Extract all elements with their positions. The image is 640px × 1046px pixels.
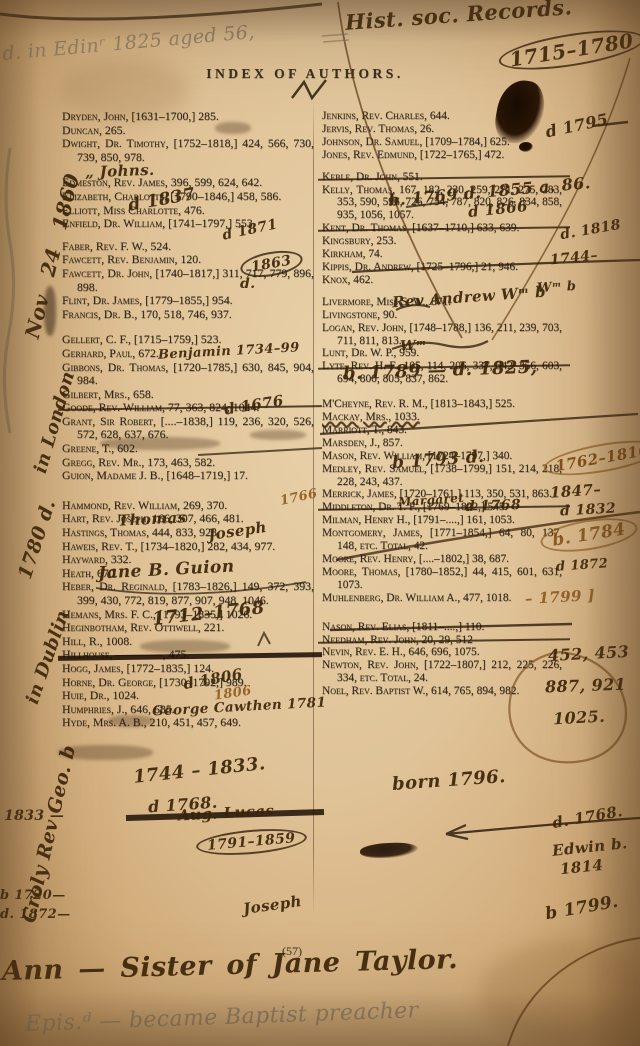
index-entry: Hill, R., 1008. [62,635,314,649]
index-entry: Marriott, T., 843. [322,424,562,437]
index-entry: Logan, Rev. John, [1748–1788,] 136, 211,… [322,322,562,348]
annotation-887-921: 887, 921 [545,675,627,697]
annotation-d1872: d 1872 [556,556,609,575]
index-entry: Francis, Dr. B., 170, 518, 746, 937. [62,308,314,322]
annotation-margin-1780-d: 1780 d. [14,497,60,582]
annotation-ann-sister: Ann — Sister of Jane Taylor. [2,944,459,987]
index-entry: Guion, Madame J. B., [1648–1719,] 17. [62,469,314,483]
index-entry: Jervis, Rev. Thomas, 26. [322,123,562,136]
index-entry: Greene, T., 602. [62,442,314,456]
annotation-d1768-mackay: d 1768 [465,497,522,515]
index-entry: Nason, Rev. Elias, [1811–....,] 110. [322,621,562,634]
annotation-1814: 1814 [559,856,604,878]
index-entry: Mackay, Mrs., 1033. [322,411,562,424]
annotation-thomas-greene: Thomas [118,508,187,530]
index-entry: Elliott, Miss Charlotte, 476. [62,204,314,218]
index-entry: Gregg, Rev. Mr., 173, 463, 582. [62,456,314,470]
index-entry: Duncan, 265. [62,124,314,138]
paper-stain [480,940,640,1046]
index-entry: Marsden, J., 857. [322,437,562,450]
index-entry: Moore, Rev. Henry, [....–1802,] 38, 687. [322,553,562,566]
annotation-born-1796: born 1796. [391,766,506,795]
annotation-joseph-humphries: Joseph [242,892,303,918]
index-entry: Moore, Thomas, [1780–1852,] 44, 415, 601… [322,566,562,592]
annotation-1025: 1025. [553,707,606,729]
ink-blot [360,841,419,859]
annotation-edin-death: d. in Edinʳ 1825 aged 56, [2,21,256,65]
index-entry: Johnson, Dr. Samuel, [1709–1784,] 625. [322,136,562,149]
index-entry: Kent, Dr. Thomas, [1637–1710,] 633, 639. [322,222,562,235]
index-entry: Grant, Sir Robert, [....–1838,] 119, 236… [62,415,314,442]
index-entry: Milman, Henry H., [1791–....,] 161, 1053… [322,514,562,527]
annotation-hemans-dates: 1744 – 1833. [132,753,266,788]
index-entry: Noel, Rev. Baptist W., 614, 765, 894, 98… [322,685,562,698]
index-entry: Dryden, John, [1631–1700,] 285. [62,110,314,124]
index-entry: Nevin, Rev. E. H., 646, 696, 1075. [322,646,562,659]
annotation-oval-1791-1859: 1791–1859 [195,825,307,859]
index-entry: Kirkham, 74. [322,248,562,261]
annotation-d1832: d 1832 [560,501,617,520]
index-entry: Haweis, Rev. T., [1734–1820,] 282, 434, … [62,540,314,554]
annotation-faber-d: d. [240,276,255,292]
annotation-johns: „ Johns. [85,161,155,181]
index-entry: Flint, Dr. James, [1779–1855,] 954. [62,294,314,308]
index-entry: Dwight, Dr. Timothy, [1752–1818,] 424, 5… [62,137,314,164]
annotation-d1768-nason: d. 1768. [551,802,624,832]
annotation-1744: 1744– [549,248,598,269]
annotation-epis-baptist: Epis.ᵈ — became Baptist preacher [25,998,419,1037]
index-entry: Livingstone, 90. [322,309,562,322]
annotation-1799: – 1799 ] [525,586,596,608]
annotation-b1720: b 1720— [0,888,66,903]
index-entry: Newton, Rev. John, [1722–1807,] 212, 225… [322,659,562,685]
index-entry: Hillhouse, ————, 475. [62,648,314,662]
index-entry: Jenkins, Rev. Charles, 644. [322,110,562,123]
index-entry: Gibbons, Dr. Thomas, [1720–1785,] 630, 8… [62,361,314,388]
index-entry: Hastings, Thomas, 444, 833, 923, [62,526,314,540]
annotation-d1818: d. 1818 [559,217,622,243]
index-entry: Kippis, Dr. Andrew, [1725–1796,] 21, 946… [322,261,562,274]
annotation-d1872-margin: d. 1872— [0,907,71,922]
annotation-452-453: 452, 453 [548,642,630,665]
index-entry: Hyde, Mrs. A. B., 210, 451, 457, 649. [62,716,314,730]
annotation-wm-knox: Wᵐ [400,338,427,355]
annotation-hist-soc: Hist. soc. Records. [344,0,572,35]
index-entry: M'Cheyne, Rev. R. M., [1813–1843,] 525. [322,398,562,411]
index-entry: Needham, Rev. John, 20, 29, 512 [322,634,562,647]
index-entry: Jones, Rev. Edmund, [1722–1765,] 472. [322,149,562,162]
scanned-book-page: INDEX OF AUTHORS. Dryden, John, [1631–17… [0,0,640,1046]
index-entry: Hammond, Rev. William, 269, 370. [62,499,314,513]
index-entry: Heber, Dr. Reginald, [1783–1826,] 149, 3… [62,580,314,607]
annotation-aug-lucas: Aug. Lucas [178,801,275,824]
annotation-1833: 1833 — [4,808,64,824]
annotation-b1799-noel: b 1799. [544,892,620,925]
index-entry: Hart, Rev. Joseph, 166, 307, 466, 481. [62,512,314,526]
annotation-1847: 1847– [549,480,601,502]
index-entry: Kingsbury, 253. [322,235,562,248]
index-entry: Montgomery, James, [1771–1854,] 64, 80, … [322,527,562,553]
